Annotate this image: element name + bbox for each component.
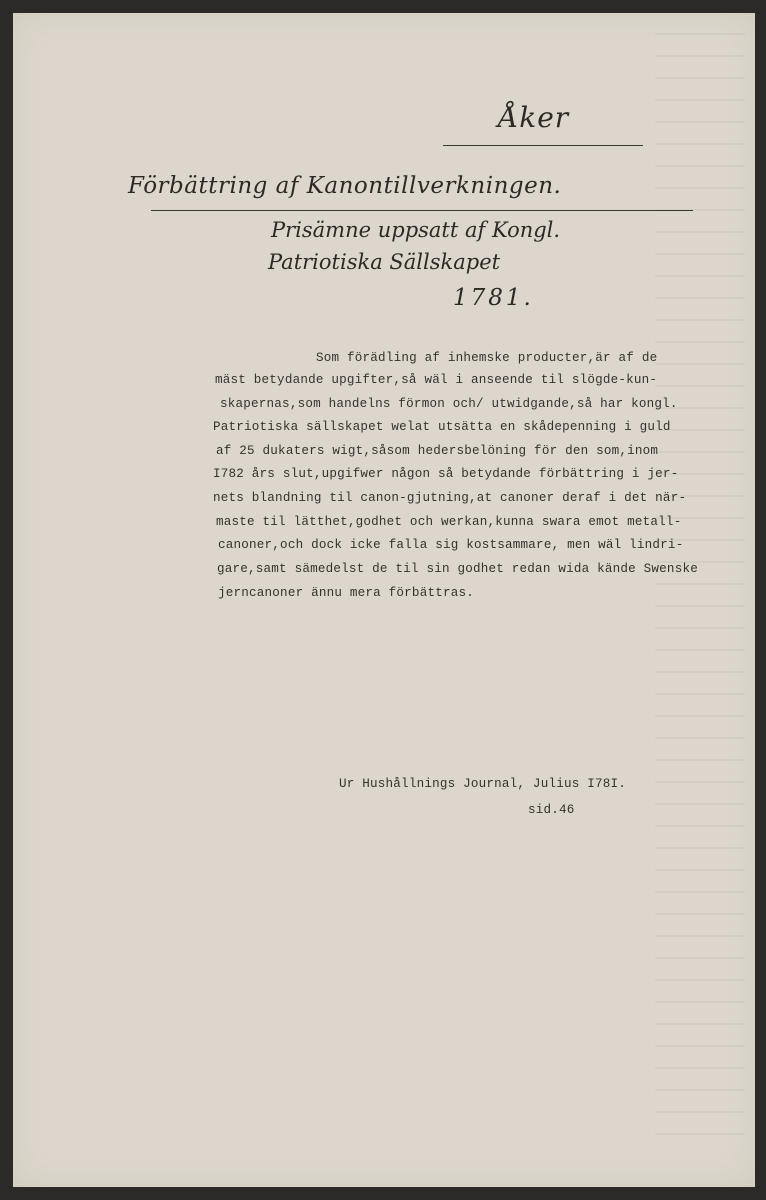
body-line: canoner,och dock icke falla sig kostsamm…	[218, 538, 683, 552]
source-citation: Ur Hushållnings Journal, Julius I78I.	[339, 777, 626, 791]
handwritten-line-1: Prisämne uppsatt af Kongl.	[271, 218, 560, 242]
bleed-through-text	[655, 33, 745, 1153]
handwritten-title: Åker	[498, 101, 569, 134]
body-line: jerncanoner ännu mera förbättras.	[218, 586, 474, 600]
subtitle-underline	[151, 210, 693, 211]
body-line: I782 års slut,upgifwer någon så betydand…	[213, 467, 678, 481]
body-line: skapernas,som handelns förmon och/ utwid…	[220, 397, 678, 411]
title-underline	[443, 145, 643, 146]
body-line: Som förädling af inhemske producter,är a…	[316, 351, 657, 365]
handwritten-year: 1781.	[453, 285, 534, 311]
body-line: gare,samt sämedelst de til sin godhet re…	[217, 562, 698, 576]
body-line: Patriotiska sällskapet welat utsätta en …	[213, 420, 671, 434]
handwritten-line-2: Patriotiska Sällskapet	[268, 250, 500, 274]
body-line: maste til lätthet,godhet och werkan,kunn…	[216, 515, 681, 529]
handwritten-subtitle: Förbättring af Kanontillverkningen.	[128, 173, 561, 199]
body-line: af 25 dukaters wigt,såsom hedersbelöning…	[216, 444, 658, 458]
body-line: nets blandning til canon-gjutning,at can…	[213, 491, 686, 505]
page-reference: sid.46	[528, 803, 575, 817]
document-page: Åker Förbättring af Kanontillverkningen.…	[13, 13, 755, 1187]
body-line: mäst betydande upgifter,så wäl i anseend…	[215, 373, 657, 387]
